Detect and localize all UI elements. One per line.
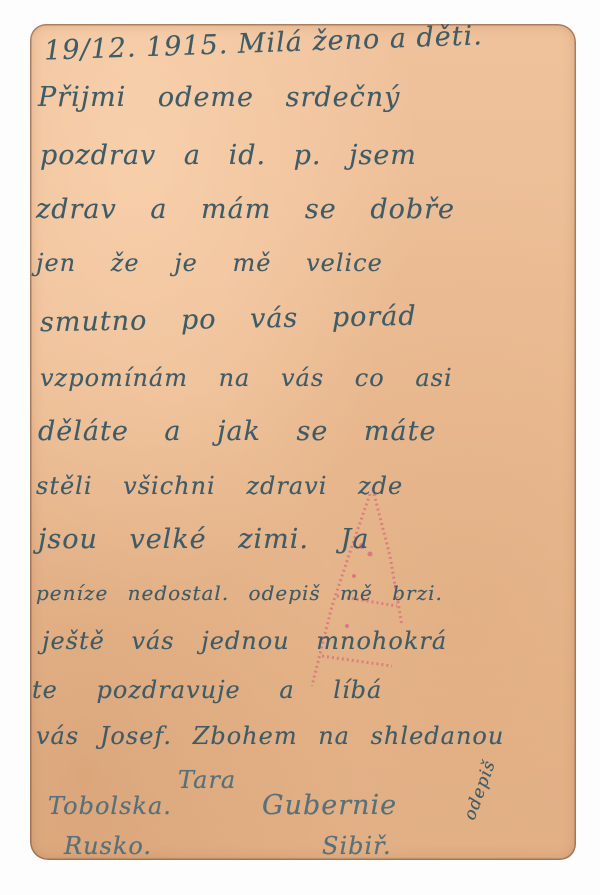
letter-line-date-greeting: 19/12. 1915. Milá ženo a děti. [44,24,484,67]
address-town: Tara [178,766,236,794]
letter-line: vzpomínám na vás co asi [40,364,453,392]
letter-line: ještě vás jednou mnohokrá [42,627,447,655]
letter-line: zdrav a mám se dobře [36,194,455,225]
scan-page: 19/12. 1915. Milá ženo a děti. Přijmi od… [0,0,600,895]
letter-line: děláte a jak se máte [38,416,436,447]
postcard: 19/12. 1915. Milá ženo a děti. Přijmi od… [30,24,576,860]
letter-line: pozdrav a id. p. jsem [40,140,417,171]
note-reply: odepiš [460,758,500,823]
letter-line: Přijmi odeme srdečný [38,82,400,113]
letter-line: smutno po vás porád [40,301,417,339]
address-region: Tobolska. [48,792,172,820]
letter-line: jen že je mě velice [36,249,383,277]
letter-line-signature: vás Josef. Zbohem na shledanou [36,722,504,750]
letter-line: jsou velké zimi. Ja [38,524,369,555]
address-country: Rusko. [64,832,152,860]
letter-line: te pozdravuje a líbá [32,676,382,704]
letter-line: stěli všichni zdravi zde [36,472,403,500]
letter-line: peníze nedostal. odepiš mě brzi. [36,581,443,605]
address-sibir: Sibiř. [322,832,392,860]
address-gubernie: Gubernie [262,790,397,821]
